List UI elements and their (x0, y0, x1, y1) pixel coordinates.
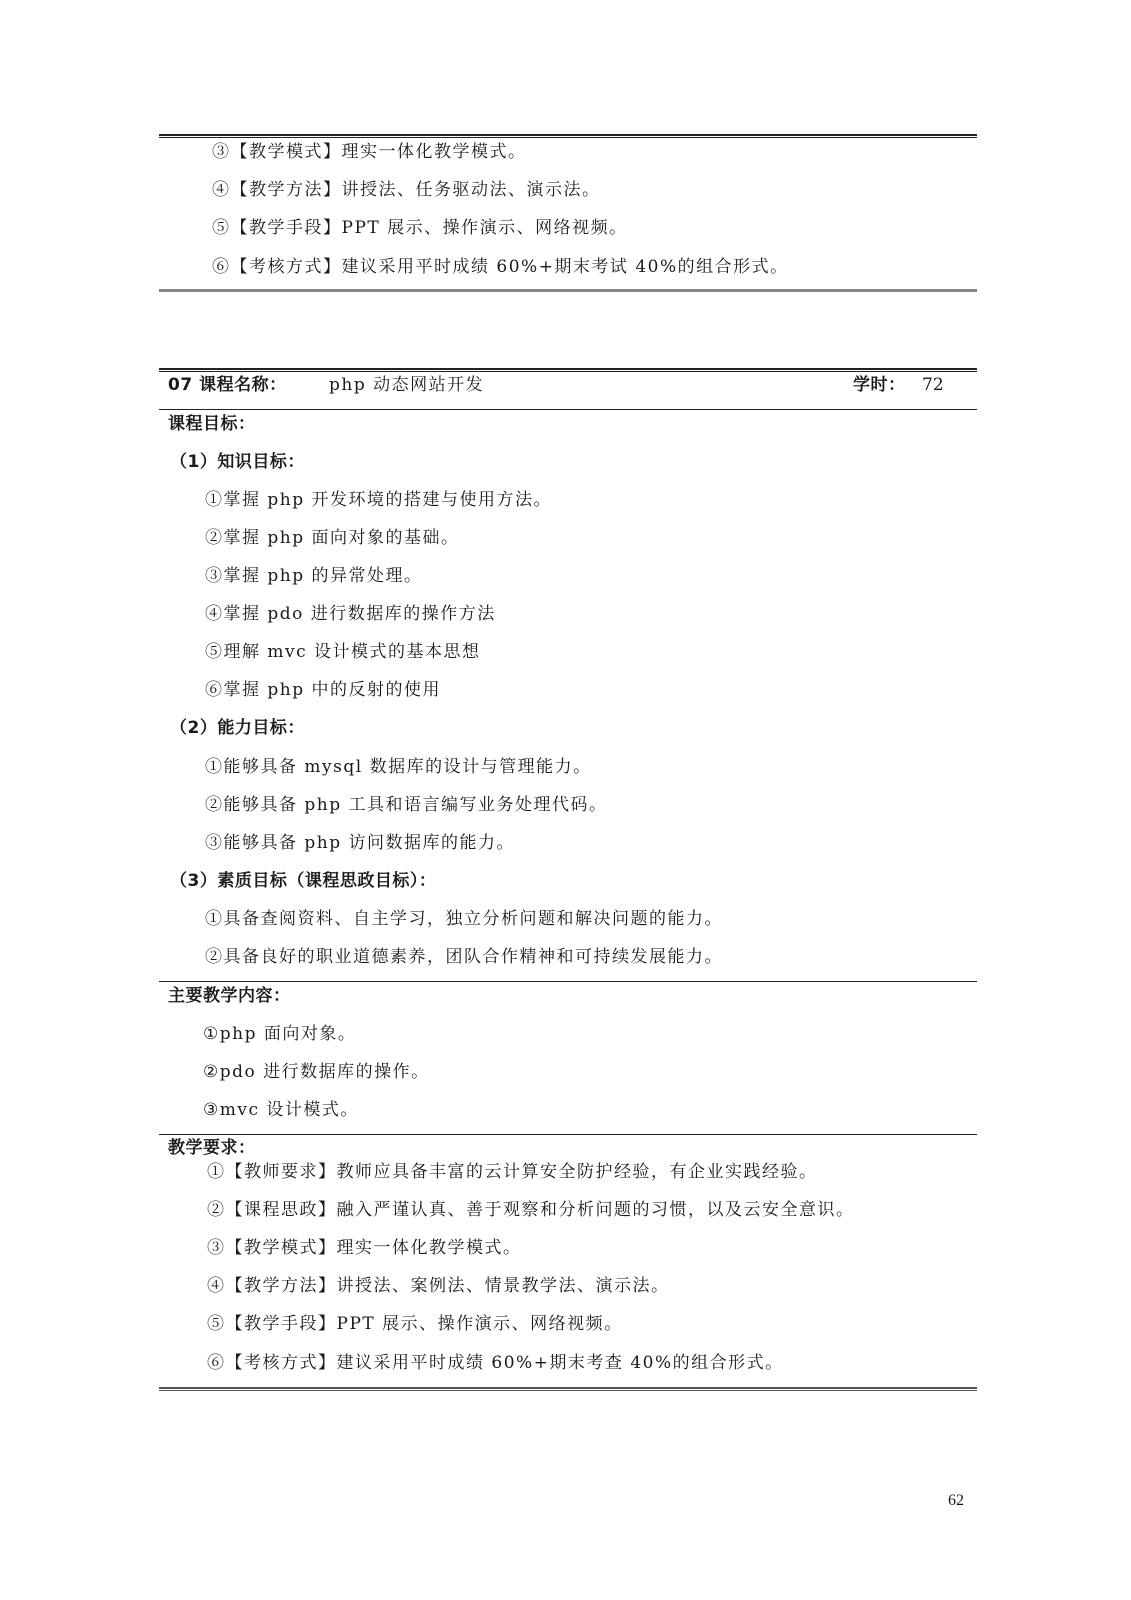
content-divider (159, 1134, 977, 1135)
page-number: 62 (948, 1492, 964, 1510)
content-item-3: ③mvc 设计模式。 (203, 1099, 359, 1121)
prev-requirement-6: ⑥【考核方式】建议采用平时成绩 60%+期末考试 40%的组合形式。 (212, 256, 789, 278)
knowledge-item-2: ②掌握 php 面向对象的基础。 (205, 527, 460, 549)
prev-requirement-3: ③【教学模式】理实一体化教学模式。 (212, 141, 527, 163)
quality-title: （3）素质目标（课程思政目标）： (170, 870, 436, 892)
requirement-item-2: ②【课程思政】融入严谨认真、善于观察和分析问题的习惯，以及云安全意识。 (207, 1199, 855, 1221)
requirement-item-6: ⑥【考核方式】建议采用平时成绩 60%+期末考查 40%的组合形式。 (207, 1352, 784, 1374)
requirement-item-3: ③【教学模式】理实一体化教学模式。 (207, 1237, 522, 1259)
course-table-bottom-border (159, 1387, 977, 1391)
requirement-item-1: ①【教师要求】教师应具备丰富的云计算安全防护经验，有企业实践经验。 (207, 1161, 818, 1183)
objectives-divider (159, 981, 977, 982)
ability-item-3: ③能够具备 php 访问数据库的能力。 (205, 832, 515, 854)
ability-item-1: ①能够具备 mysql 数据库的设计与管理能力。 (205, 756, 592, 778)
course-number-label: 07 课程名称： (168, 374, 287, 396)
ability-title: （2）能力目标： (170, 717, 305, 739)
ability-item-2: ②能够具备 php 工具和语言编写业务处理代码。 (205, 794, 608, 816)
course-table-top-border (159, 368, 977, 372)
prev-requirement-5: ⑤【教学手段】PPT 展示、操作演示、网络视频。 (212, 217, 628, 239)
knowledge-item-1: ①掌握 php 开发环境的搭建与使用方法。 (205, 489, 552, 511)
header-divider (159, 409, 977, 410)
prev-requirement-4: ④【教学方法】讲授法、任务驱动法、演示法。 (212, 179, 601, 201)
knowledge-item-6: ⑥掌握 php 中的反射的使用 (205, 679, 441, 701)
content-item-1: ①php 面向对象。 (203, 1023, 356, 1045)
quality-item-1: ①具备查阅资料、自主学习，独立分析问题和解决问题的能力。 (205, 908, 723, 930)
course-name: php 动态网站开发 (329, 374, 484, 396)
table-top-border (159, 134, 977, 138)
course-hours-label: 学时： (853, 374, 906, 396)
knowledge-item-3: ③掌握 php 的异常处理。 (205, 565, 423, 587)
requirement-item-4: ④【教学方法】讲授法、案例法、情景教学法、演示法。 (207, 1275, 670, 1297)
knowledge-item-4: ④掌握 pdo 进行数据库的操作方法 (205, 603, 496, 625)
knowledge-title: （1）知识目标： (170, 451, 305, 473)
content-item-2: ②pdo 进行数据库的操作。 (203, 1061, 430, 1083)
objectives-title: 课程目标： (168, 413, 256, 435)
knowledge-item-5: ⑤理解 mvc 设计模式的基本思想 (205, 641, 481, 663)
requirements-title: 教学要求： (168, 1137, 256, 1159)
content-title: 主要教学内容： (168, 985, 291, 1007)
table-bottom-border (159, 289, 977, 292)
course-hours-value: 72 (922, 374, 944, 396)
requirement-item-5: ⑤【教学手段】PPT 展示、操作演示、网络视频。 (207, 1313, 623, 1335)
quality-item-2: ②具备良好的职业道德素养，团队合作精神和可持续发展能力。 (205, 946, 723, 968)
